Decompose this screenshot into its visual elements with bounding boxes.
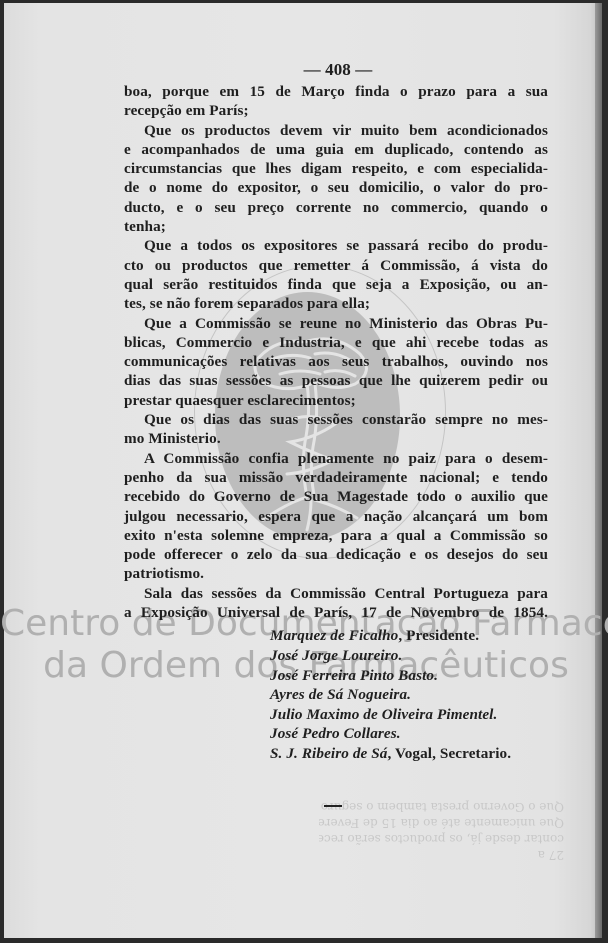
text-line: e acompanhados de uma guia em duplicado,… bbox=[124, 140, 548, 159]
text-line: ducto, e o seu preço corrente no commerc… bbox=[124, 198, 548, 217]
bleed-line: contar desde já, os productos serão rece… bbox=[319, 831, 564, 847]
text-line: julgou necessario, espera que a nação al… bbox=[124, 507, 548, 526]
text-line: recepção em París; bbox=[124, 101, 548, 120]
page-body: — 408 — boa, porque em 15 de Março finda… bbox=[124, 60, 548, 763]
text-line: qual serão restituidos finda que seja a … bbox=[124, 275, 548, 294]
signature-member: Ayres de Sá Nogueira. bbox=[270, 685, 548, 705]
paragraph-meetings: Que a Commissão se reune no Ministerio d… bbox=[124, 314, 548, 410]
text-line: recebido do Governo de Sua Magestade tod… bbox=[124, 487, 548, 506]
signature-member: José Pedro Collares. bbox=[270, 724, 548, 744]
text-line: Sala das sessões da Commissão Central Po… bbox=[124, 584, 548, 603]
paragraph-confidence: A Commissão confia plenamente no paiz pa… bbox=[124, 449, 548, 584]
text-line: dias das suas sessões as pessoas que lhe… bbox=[124, 371, 548, 390]
text-line: Que a Commissão se reune no Ministerio d… bbox=[124, 314, 548, 333]
signature-member: Julio Maximo de Oliveira Pimentel. bbox=[270, 705, 548, 725]
text-line: tes, se não forem separados para ella; bbox=[124, 294, 548, 313]
signatory-name: Ayres de Sá Nogueira. bbox=[270, 686, 411, 703]
bleed-line: 27 a bbox=[319, 847, 564, 863]
text-line: pode offerecer o zelo da sua dedicação e… bbox=[124, 545, 548, 564]
signatory-name: José Pedro Collares. bbox=[270, 725, 401, 742]
signature-president: Marquez de Ficalho, Presidente. bbox=[270, 626, 548, 646]
text-line: cto ou productos que remetter á Commissã… bbox=[124, 256, 548, 275]
text-line: circumstancias que lhes digam respeito, … bbox=[124, 159, 548, 178]
text-line: penho da sua missão verdadeiramente naci… bbox=[124, 468, 548, 487]
text-line: exito n'esta solemne empreza, para a qua… bbox=[124, 526, 548, 545]
text-line: patriotismo. bbox=[124, 564, 548, 583]
text-line: communicações relativas aos seus trabalh… bbox=[124, 352, 548, 371]
text-line: blicas, Commercio e Industria, e que ahi… bbox=[124, 333, 548, 352]
signature-member: José Jorge Loureiro. bbox=[270, 646, 548, 666]
paragraph-dateline: Sala das sessões da Commissão Central Po… bbox=[124, 584, 548, 623]
paragraph-receipt: Que a todos os expositores se passará re… bbox=[124, 236, 548, 313]
signature-secretary: S. J. Ribeiro de Sá, Vogal, Secretario. bbox=[270, 744, 548, 764]
end-rule-divider bbox=[324, 805, 342, 807]
text-line: mo Ministerio. bbox=[124, 429, 548, 448]
text-line: tenha; bbox=[124, 217, 548, 236]
signatory-name: S. J. Ribeiro de Sá bbox=[270, 745, 388, 762]
text-line: boa, porque em 15 de Março finda o prazo… bbox=[124, 82, 548, 101]
signatory-role: , Vogal, Secretario. bbox=[388, 745, 512, 762]
bleed-through-text: 27 a contar desde já, os productos serão… bbox=[319, 783, 564, 863]
signatory-role: , Presidente. bbox=[398, 627, 479, 644]
paragraph-session-days: Que os dias das suas sessões constarão s… bbox=[124, 410, 548, 449]
text-line: a Exposição Universal de París, 17 de No… bbox=[124, 603, 548, 622]
signatory-name: Marquez de Ficalho bbox=[270, 627, 398, 644]
text-line: A Commissão confia plenamente no paiz pa… bbox=[124, 449, 548, 468]
text-line: Que os productos devem vir muito bem aco… bbox=[124, 121, 548, 140]
signature-member: José Ferreira Pinto Basto. bbox=[270, 666, 548, 686]
bleed-line: Que o Governo presta tambem o seguro do bbox=[319, 799, 564, 815]
bleed-line: Que unicamente até ao dia 15 de Fevereir… bbox=[319, 815, 564, 831]
text-line: Que a todos os expositores se passará re… bbox=[124, 236, 548, 255]
page-edge-shadow bbox=[595, 3, 602, 938]
signatory-name: José Jorge Loureiro. bbox=[270, 647, 402, 664]
signatures-list: Marquez de Ficalho, Presidente. José Jor… bbox=[270, 626, 548, 763]
paragraph-continuation: boa, porque em 15 de Março finda o prazo… bbox=[124, 82, 548, 121]
text-line: Que os dias das suas sessões constarão s… bbox=[124, 410, 548, 429]
paragraph-packaging: Que os productos devem vir muito bem aco… bbox=[124, 121, 548, 237]
signatory-name: Julio Maximo de Oliveira Pimentel. bbox=[270, 706, 497, 723]
signatory-name: José Ferreira Pinto Basto. bbox=[270, 667, 438, 684]
page-number: — 408 — bbox=[124, 60, 548, 80]
text-line: prestar quaesquer esclarecimentos; bbox=[124, 391, 548, 410]
text-line: de o nome do expositor, o seu domicilio,… bbox=[124, 178, 548, 197]
